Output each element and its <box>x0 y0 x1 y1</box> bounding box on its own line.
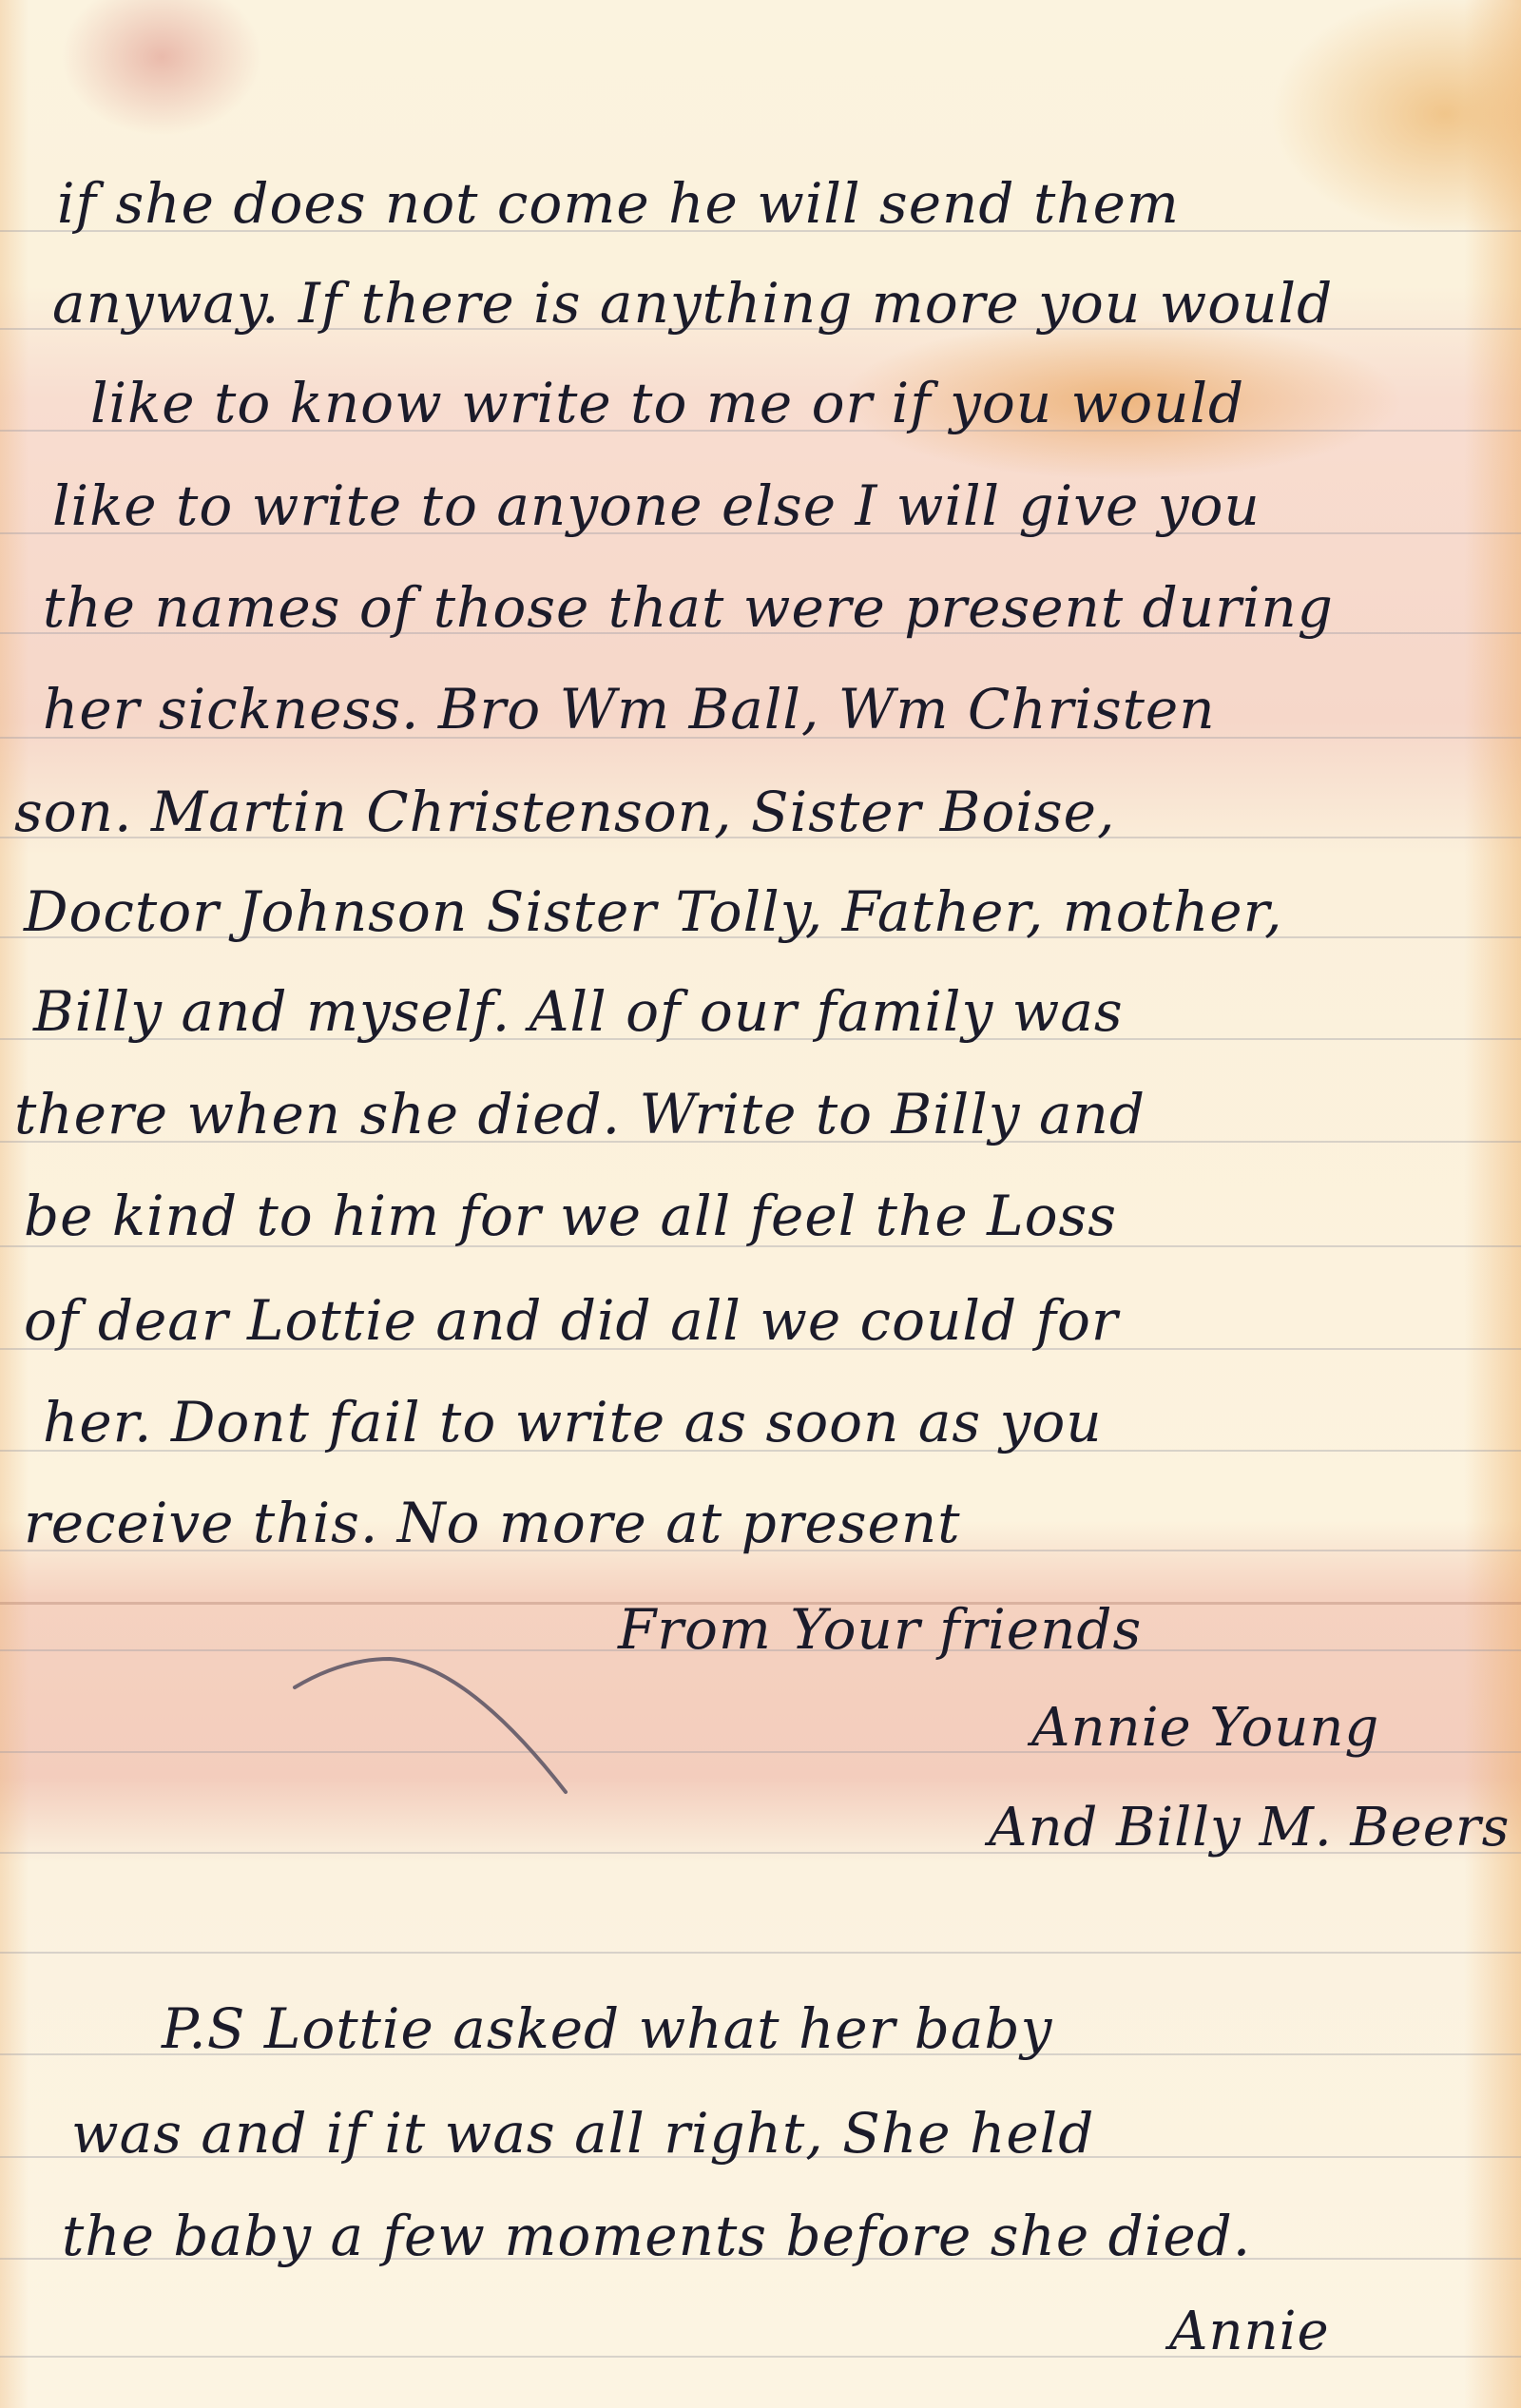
letter-line-3: like to know write to me or if you would <box>90 371 1244 435</box>
letter-line-10: there when she died. Write to Billy and <box>14 1082 1146 1146</box>
letter-line-6: her sickness. Bro Wm Ball, Wm Christen <box>43 677 1216 742</box>
letter-line-14: receive this. No more at present <box>24 1491 961 1555</box>
letter-line-1: if she does not come he will send them <box>57 171 1180 236</box>
letter-line-5: the names of those that were present dur… <box>43 575 1334 640</box>
letter-line-12: of dear Lottie and did all we could for <box>24 1288 1119 1353</box>
pencil-mark <box>285 1649 589 1801</box>
letter-line-8: Doctor Johnson Sister Tolly, Father, mot… <box>24 879 1282 944</box>
letter-line-9: Billy and myself. All of our family was <box>33 979 1124 1044</box>
ruled-line <box>0 1952 1521 1954</box>
signature-annie-young: Annie Young <box>1031 1697 1379 1759</box>
postscript-line-1: P.S Lottie asked what her baby <box>162 1996 1052 2061</box>
signature-billy-beers: And Billy M. Beers <box>989 1797 1510 1859</box>
letter-line-4: like to write to anyone else I will give… <box>52 473 1261 538</box>
closing-salutation: From Your friends <box>618 1597 1142 1662</box>
postscript-line-2: was and if it was all right, She held <box>71 2101 1094 2166</box>
letter-line-11: be kind to him for we all feel the Loss <box>24 1184 1117 1248</box>
letter-line-7: son. Martin Christenson, Sister Boise, <box>14 780 1115 844</box>
postscript-line-3: the baby a few moments before she died. <box>62 2204 1251 2268</box>
paper-edge-right <box>1464 0 1521 2408</box>
letter-line-2: anyway. If there is anything more you wo… <box>52 271 1333 336</box>
postscript-signature: Annie <box>1169 2301 1330 2362</box>
letter-line-13: her. Dont fail to write as soon as you <box>43 1390 1103 1454</box>
